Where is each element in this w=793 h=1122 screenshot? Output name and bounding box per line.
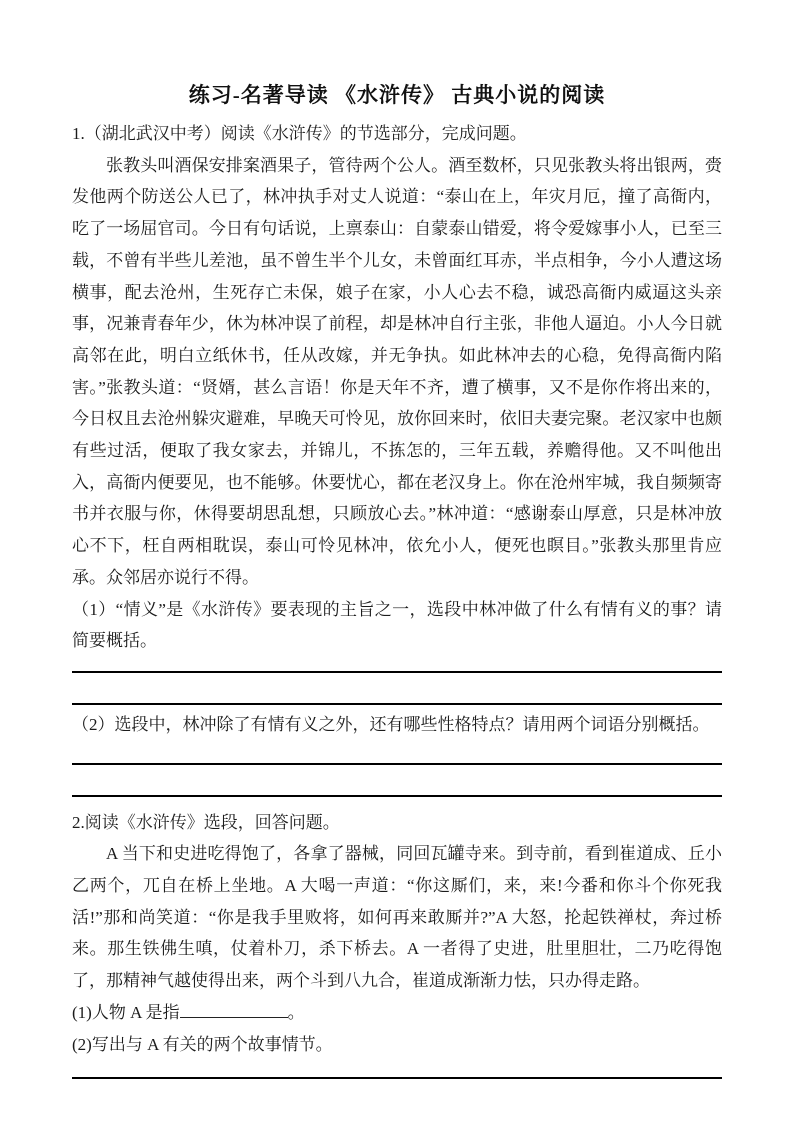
exercise-2-question-1-period: 。	[288, 1003, 305, 1022]
exercise-1-heading: 1.（湖北武汉中考）阅读《水浒传》的节选部分，完成问题。	[72, 118, 722, 150]
exercise-1-question-1: （1）“情义”是《水浒传》要表现的主旨之一，选段中林冲做了什么有情有义的事？请简…	[72, 594, 722, 657]
exercise-2-question-1-text: (1)人物 A 是指	[72, 1003, 180, 1022]
page-title: 练习-名著导读 《水浒传》 古典小说的阅读	[72, 80, 722, 110]
reading-passage-1: 张教头叫酒保安排案酒果子，管待两个公人。酒至数杯，只见张教头将出银两，赍发他两个…	[72, 150, 722, 594]
fill-in-blank	[180, 1001, 288, 1018]
exercise-1-question-2: （2）选段中，林冲除了有情有义之外，还有哪些性格特点？请用两个词语分别概括。	[72, 709, 722, 741]
document-page: 练习-名著导读 《水浒传》 古典小说的阅读 1.（湖北武汉中考）阅读《水浒传》的…	[0, 0, 793, 1122]
answer-line	[72, 795, 722, 797]
section-exercise-1: 1.（湖北武汉中考）阅读《水浒传》的节选部分，完成问题。 张教头叫酒保安排案酒果…	[72, 118, 722, 797]
exercise-2-question-2: (2)写出与 A 有关的两个故事情节。	[72, 1029, 722, 1061]
answer-line	[72, 671, 722, 673]
exercise-2-question-1: (1)人物 A 是指。	[72, 997, 722, 1029]
reading-passage-2: A 当下和史进吃得饱了，各拿了器械，同回瓦罐寺来。到寺前，看到崔道成、丘小乙两个…	[72, 838, 722, 997]
answer-line	[72, 763, 722, 765]
answer-line	[72, 1077, 722, 1079]
exercise-2-heading: 2.阅读《水浒传》选段，回答问题。	[72, 807, 722, 839]
answer-line	[72, 703, 722, 705]
section-exercise-2: 2.阅读《水浒传》选段，回答问题。 A 当下和史进吃得饱了，各拿了器械，同回瓦罐…	[72, 807, 722, 1080]
